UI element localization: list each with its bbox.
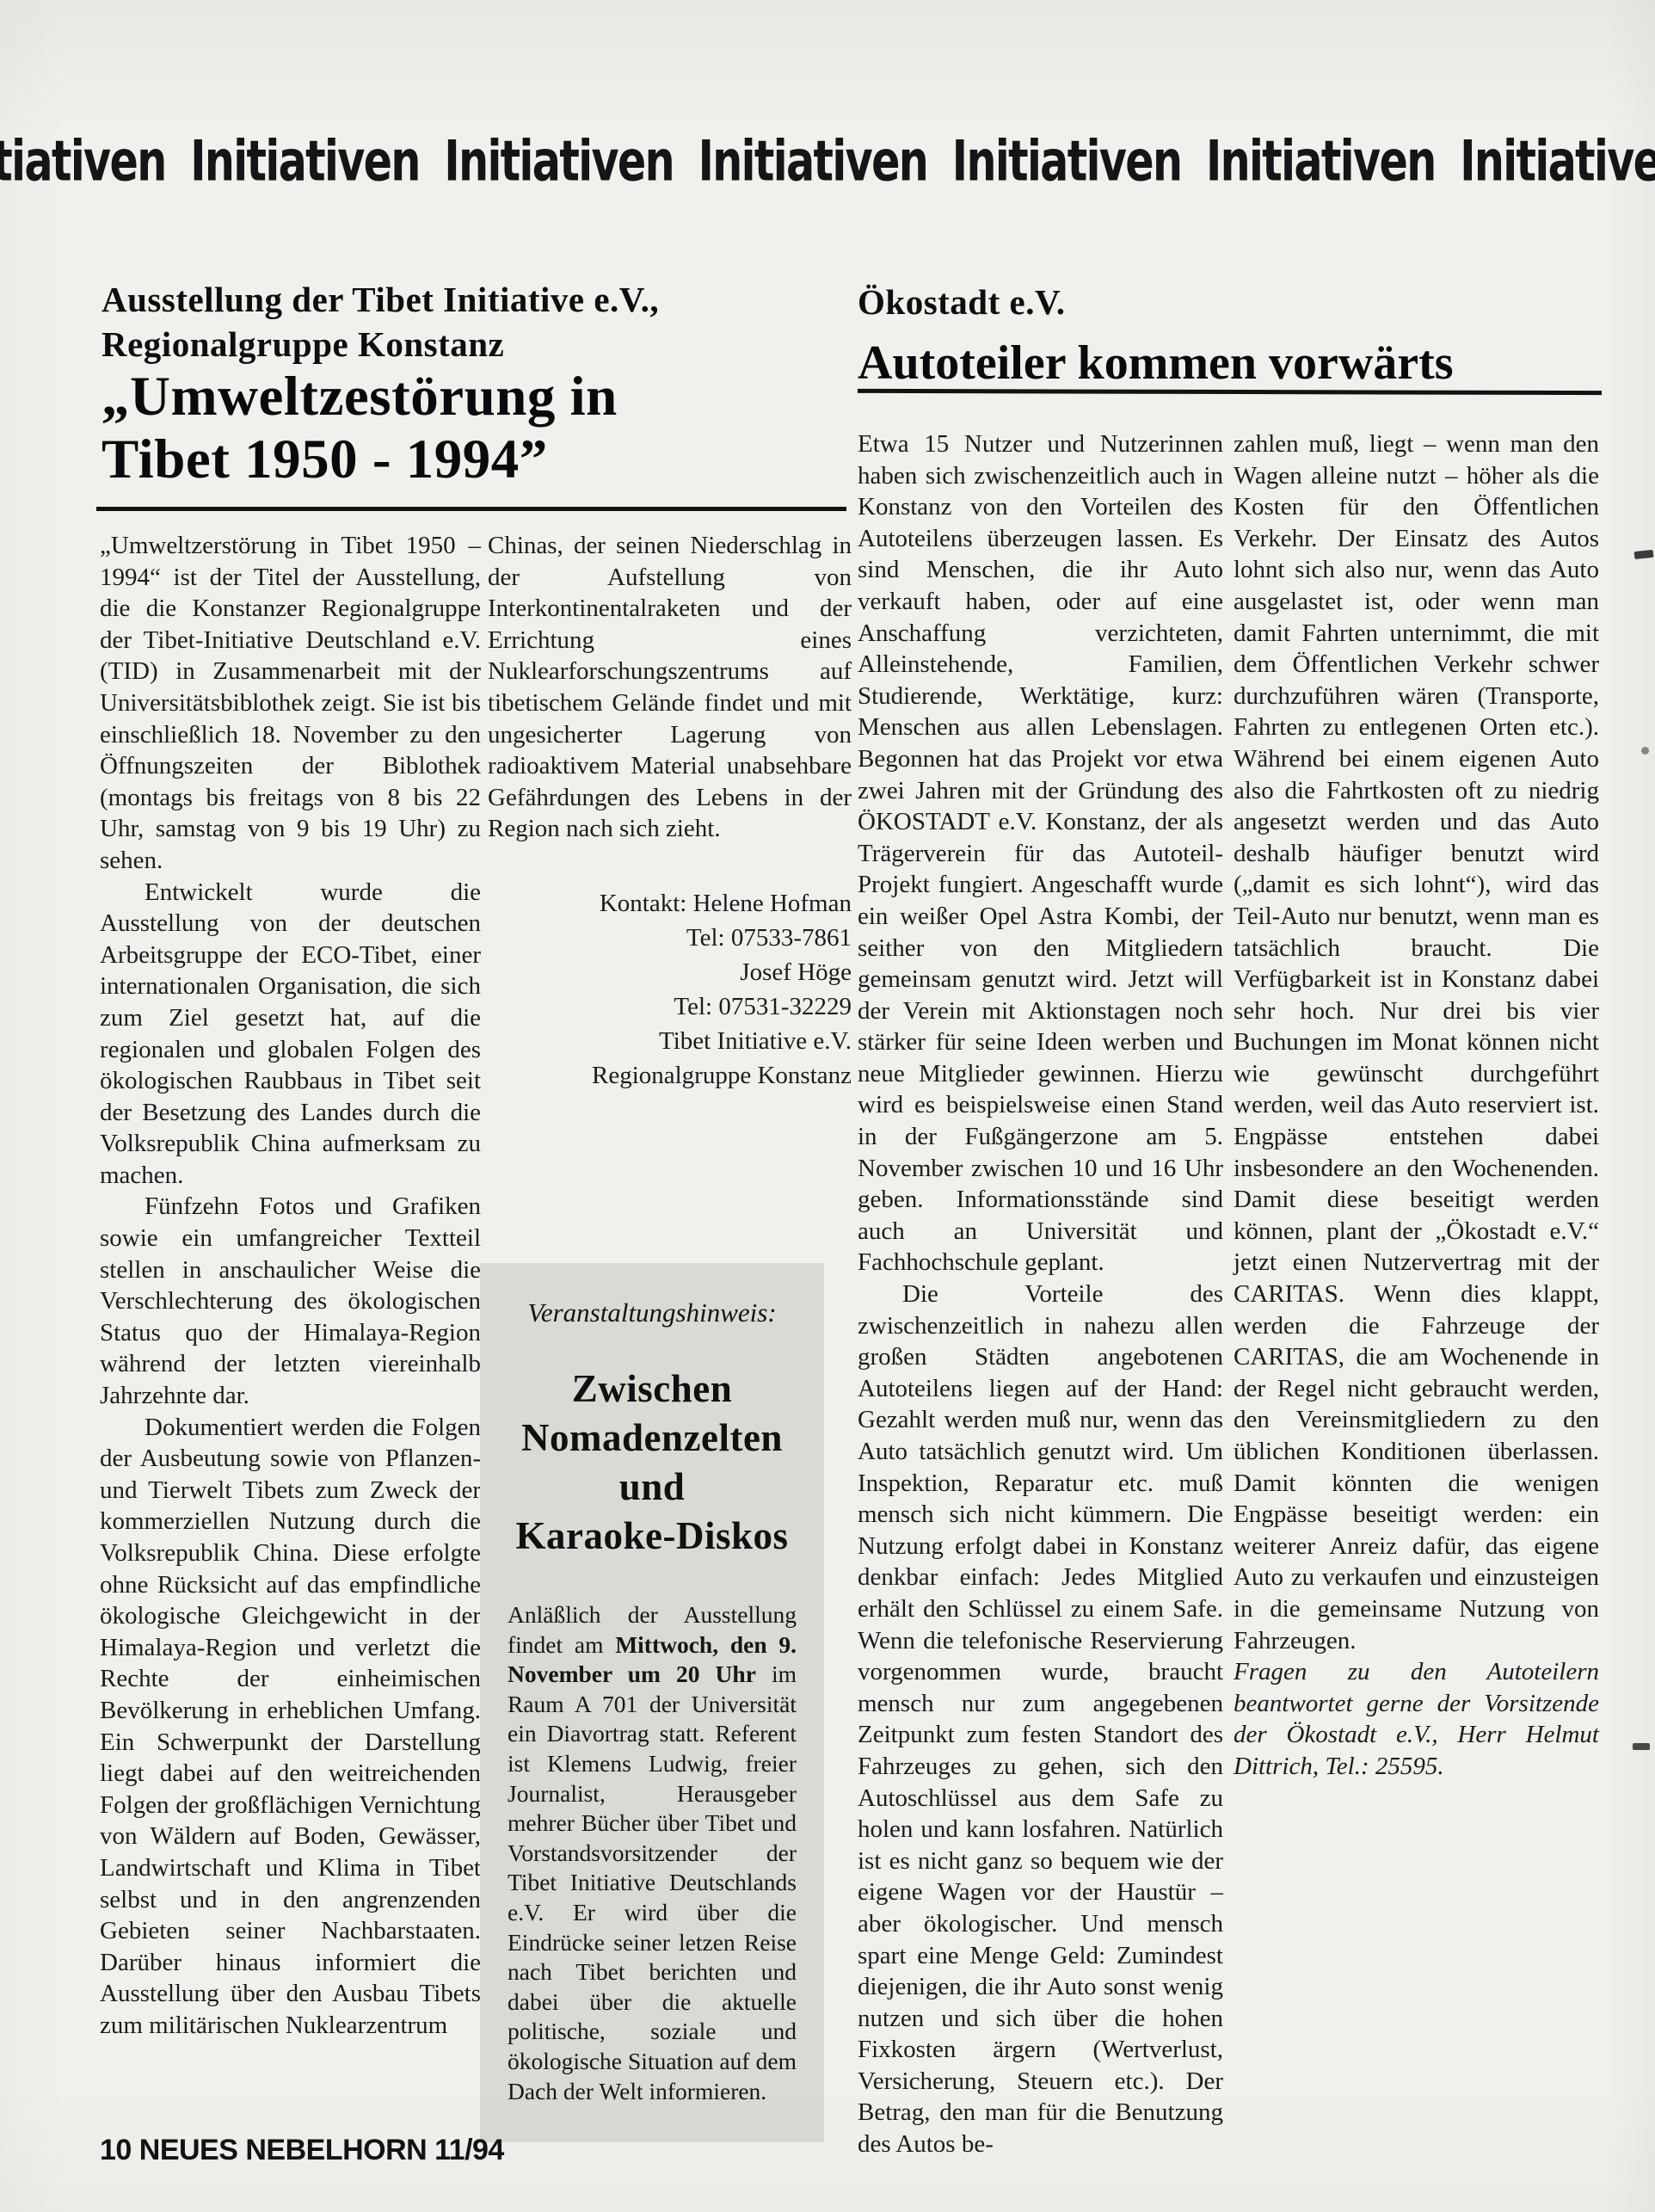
info-box-title-line: Karaoke-Diskos <box>508 1512 797 1561</box>
contact-line: Tibet Initiative e.V. <box>488 1024 852 1058</box>
info-box-label: Veranstaltungshinweis: <box>508 1297 797 1328</box>
paragraph: zahlen muß, liegt – wenn man den Wagen a… <box>1234 428 1599 1656</box>
header-strip-text: Initiativen Initiativen Initiativen Init… <box>0 129 1655 194</box>
paragraph: „Umweltzerstörung in Tibet 1950 – 1994“ … <box>100 530 481 877</box>
info-box-title: Zwischen Nomadenzelten und Karaoke-Disko… <box>508 1365 797 1561</box>
scanned-newsletter-page: Initiativen Initiativen Initiativen Init… <box>0 0 1655 2212</box>
right-article-column-2: zahlen muß, liegt – wenn man den Wagen a… <box>1234 428 1599 1783</box>
scan-artifact-mark <box>1634 550 1654 559</box>
info-box-title-line: Nomadenzelten <box>508 1414 797 1463</box>
left-article-title: „Umweltzestörung in Tibet 1950 - 1994” <box>102 366 858 491</box>
contact-line: Regionalgruppe Konstanz <box>488 1058 852 1093</box>
info-box-title-line: Zwischen <box>508 1365 797 1414</box>
paragraph: Die Vorteile des zwischenzeitlich in nah… <box>858 1279 1223 2160</box>
right-article-title: Autoteiler kommen vorwärts <box>858 337 1615 389</box>
info-box-title-line: und <box>508 1463 797 1512</box>
closing-contact-note: Fragen zu den Autoteilern beantwortet ge… <box>1234 1656 1599 1782</box>
paragraph: Dokumentiert werden die Folgen der Ausbe… <box>100 1412 481 2042</box>
right-article-kicker: Ökostadt e.V. <box>858 280 1597 324</box>
left-title-line1: „Umweltzestörung in <box>102 366 858 428</box>
left-title-rule <box>96 507 846 511</box>
left-kicker-line1: Ausstellung der Tibet Initiative e.V., <box>102 277 841 322</box>
paragraph: Chinas, der seinen Niederschlag in der A… <box>488 530 852 845</box>
left-article-kicker: Ausstellung der Tibet Initiative e.V., R… <box>102 277 841 367</box>
left-article-column-2: Chinas, der seinen Niederschlag in der A… <box>488 530 852 1093</box>
left-title-line2: Tibet 1950 - 1994” <box>102 428 858 491</box>
contact-block: Kontakt: Helene Hofman Tel: 07533-7861 J… <box>488 886 852 1093</box>
contact-line: Tel: 07533-7861 <box>488 921 852 955</box>
contact-line: Tel: 07531-32229 <box>488 989 852 1024</box>
info-box-body-post: im Raum A 701 der Universität ein Diavor… <box>508 1661 797 2104</box>
info-box-body: Anläßlich der Ausstellung findet am Mitt… <box>508 1600 797 2106</box>
paragraph: Etwa 15 Nutzer und Nutzerinnen haben sic… <box>858 428 1223 1279</box>
contact-line: Josef Höge <box>488 955 852 989</box>
event-info-box: Veranstaltungshinweis: Zwischen Nomadenz… <box>480 1263 824 2142</box>
paragraph: Entwickelt wurde die Ausstellung von der… <box>100 877 481 1192</box>
left-kicker-line2: Regionalgruppe Konstanz <box>102 322 841 367</box>
paragraph: Fünfzehn Fotos und Grafiken sowie ein um… <box>100 1191 481 1411</box>
right-title-rule <box>858 389 1602 395</box>
initiativen-header-strip: Initiativen Initiativen Initiativen Init… <box>0 129 1655 206</box>
contact-line: Kontakt: Helene Hofman <box>488 886 852 921</box>
scan-artifact-mark <box>1633 1743 1650 1750</box>
left-article-column-1: „Umweltzerstörung in Tibet 1950 – 1994“ … <box>100 530 481 2042</box>
right-article-column-1: Etwa 15 Nutzer und Nutzerinnen haben sic… <box>858 428 1223 2160</box>
page-footer: 10 NEUES NEBELHORN 11/94 <box>100 2134 504 2167</box>
scan-artifact-dot <box>1641 747 1649 755</box>
